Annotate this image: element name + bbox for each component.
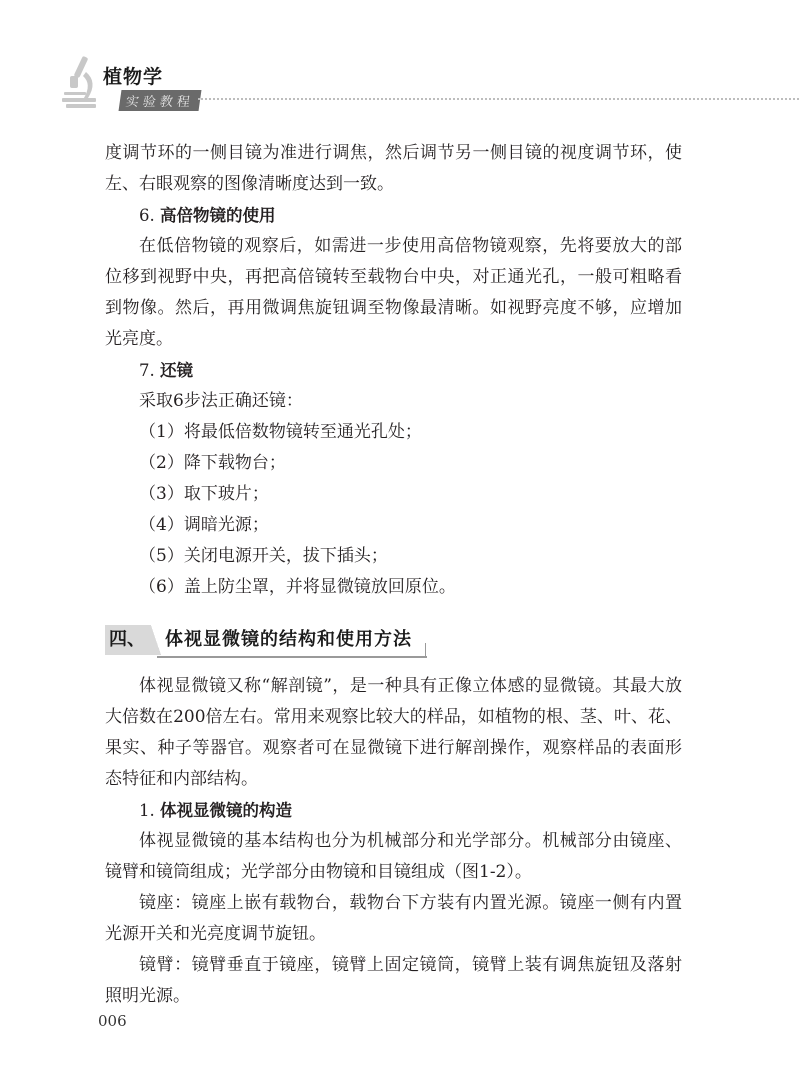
subheading-7: 7. 还镜 — [105, 355, 682, 386]
book-title: 植物学 — [103, 62, 163, 89]
list-item: （3）取下玻片； — [105, 479, 682, 510]
running-header: 植物学 实验教程 — [58, 48, 799, 118]
paragraph-high-power: 在低倍物镜的观察后，如需进一步使用高倍物镜观察，先将要放大的部位移到视野中央，再… — [105, 231, 682, 355]
page-body: 度调节环的一侧目镜为准进行调焦，然后调节另一侧目镜的视度调节环，使左、右眼观察的… — [105, 138, 682, 1012]
subheading-number: 1. — [139, 801, 160, 820]
subheading-number: 7. — [139, 361, 160, 380]
section-number: 四、 — [105, 625, 157, 655]
section-end-tick — [425, 643, 426, 658]
list-item: （4）调暗光源； — [105, 510, 682, 541]
microscope-icon — [58, 54, 100, 110]
paragraph-arm: 镜臂：镜臂垂直于镜座，镜臂上固定镜筒，镜臂上装有调焦旋钮及落射照明光源。 — [105, 950, 682, 1012]
subheading-1: 1. 体视显微镜的构造 — [105, 795, 682, 826]
paragraph-stereo-intro: 体视显微镜又称“解剖镜”，是一种具有正像立体感的显微镜。其最大放大倍数在200倍… — [105, 671, 682, 795]
paragraph-base: 镜座：镜座上嵌有载物台，载物台下方装有内置光源。镜座一侧有内置光源开关和光亮度调… — [105, 888, 682, 950]
section-slash-decoration — [151, 625, 161, 655]
subheading-6: 6. 高倍物镜的使用 — [105, 200, 682, 231]
list-item: （6）盖上防尘罩，并将显微镜放回原位。 — [105, 572, 682, 603]
section-title: 体视显微镜的结构和使用方法 — [165, 625, 412, 655]
paragraph-structure: 体视显微镜的基本结构也分为机械部分和光学部分。机械部分由镜座、镜臂和镜筒组成；光… — [105, 826, 682, 888]
subheading-title: 还镜 — [160, 361, 193, 380]
subheading-number: 6. — [139, 206, 160, 225]
section-underline — [157, 656, 427, 658]
header-dotted-rule — [198, 98, 799, 100]
book-subtitle: 实验教程 — [119, 90, 202, 111]
page-number: 006 — [98, 1012, 127, 1030]
subheading-title: 高倍物镜的使用 — [160, 206, 276, 225]
paragraph-continued: 度调节环的一侧目镜为准进行调焦，然后调节另一侧目镜的视度调节环，使左、右眼观察的… — [105, 138, 682, 200]
list-item: （2）降下载物台； — [105, 448, 682, 479]
list-item: （5）关闭电源开关，拔下插头； — [105, 541, 682, 572]
subheading-title: 体视显微镜的构造 — [160, 801, 292, 820]
list-item: （1）将最低倍数物镜转至通光孔处； — [105, 417, 682, 448]
section-heading-4: 四、 体视显微镜的结构和使用方法 — [105, 621, 682, 661]
paragraph-return-intro: 采取6步法正确还镜： — [105, 386, 682, 417]
